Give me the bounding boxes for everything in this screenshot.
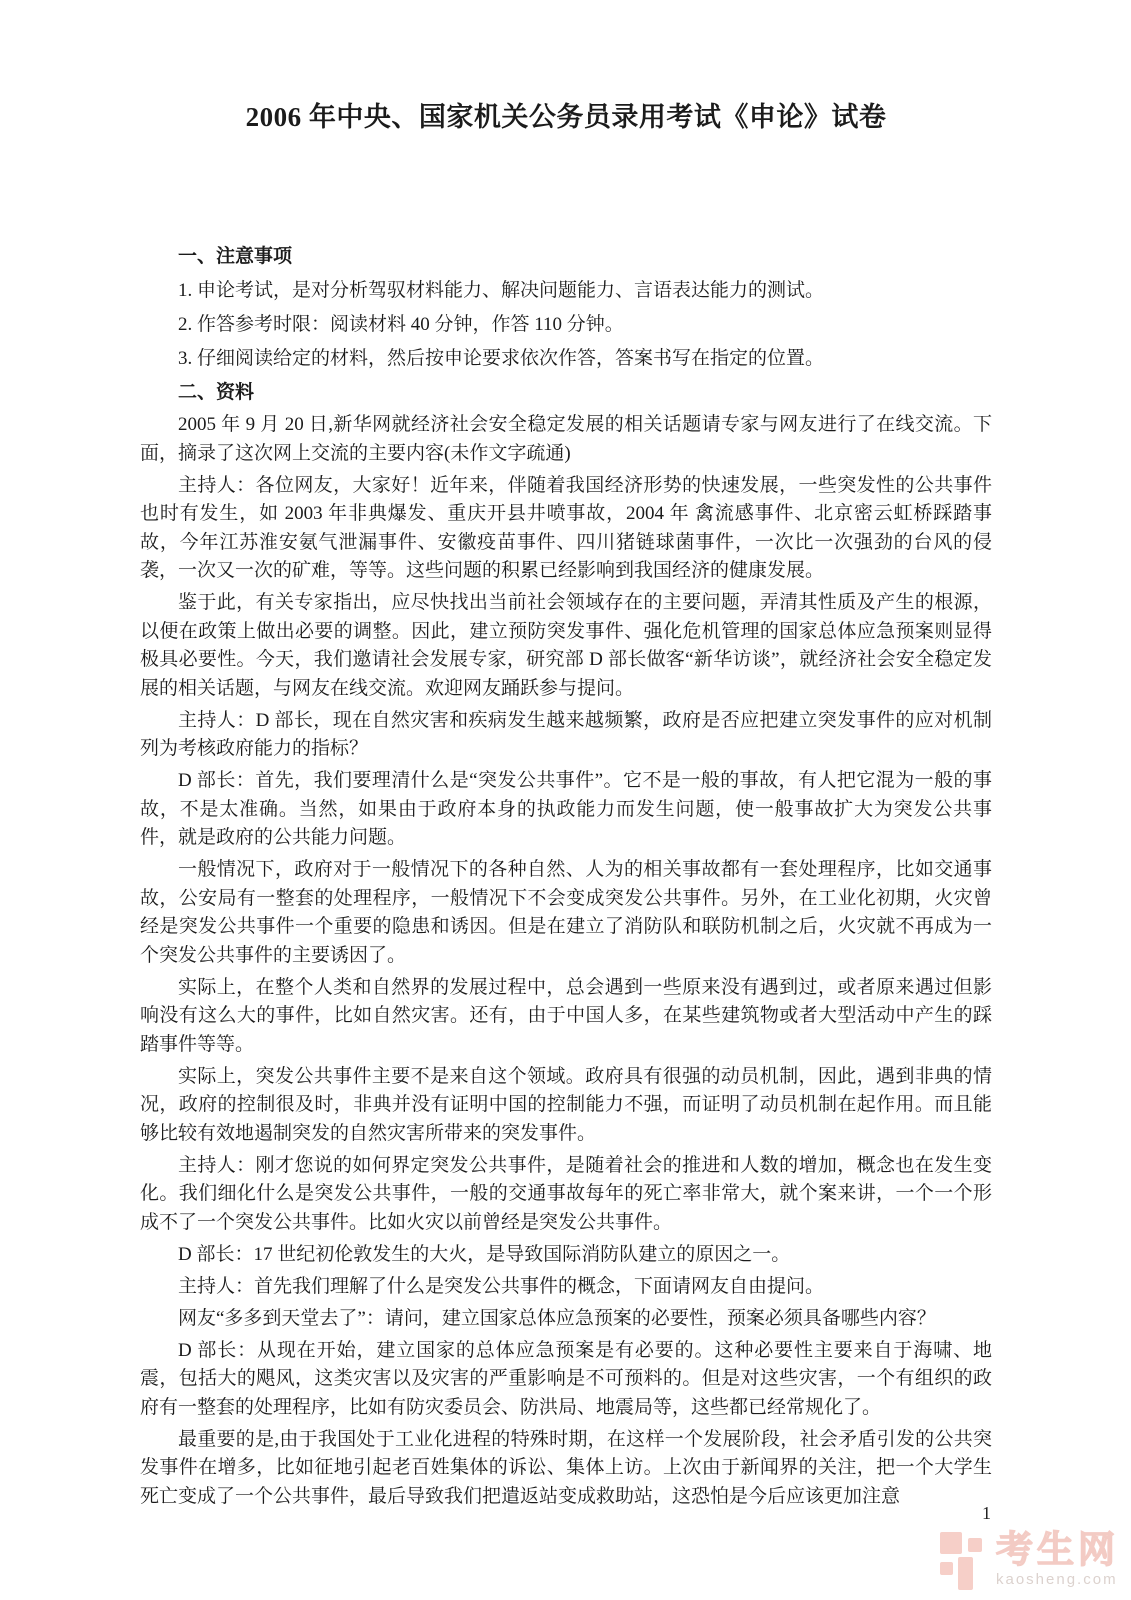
material-paragraph: 一般情况下，政府对于一般情况下的各种自然、人为的相关事故都有一套处理程序，比如交…: [140, 856, 992, 970]
page-number: 1: [982, 1503, 991, 1524]
section-header-notice: 一、注意事项: [140, 242, 992, 271]
watermark-text: 考生网 kaosheng.com: [996, 1532, 1119, 1588]
material-paragraph: 主持人：D 部长，现在自然灾害和疾病发生越来越频繁，政府是否应把建立突发事件的应…: [140, 707, 992, 764]
document-content: 2006 年中央、国家机关公务员录用考试《申论》试卷 一、注意事项 1. 申论考…: [140, 0, 992, 1515]
section-header-material: 二、资料: [140, 378, 992, 407]
material-paragraph: 2005 年 9 月 20 日,新华网就经济社会安全稳定发展的相关话题请专家与网…: [140, 411, 992, 468]
logo-block: [940, 1532, 962, 1554]
material-paragraph: 主持人：刚才您说的如何界定突发公共事件，是随着社会的推进和人数的增加，概念也在发…: [140, 1152, 992, 1238]
material-paragraph: 实际上，突发公共事件主要不是来自这个领域。政府具有很强的动员机制，因此，遇到非典…: [140, 1063, 992, 1149]
material-paragraph: 最重要的是,由于我国处于工业化进程的特殊时期，在这样一个发展阶段，社会矛盾引发的…: [140, 1426, 992, 1512]
site-watermark: 考生网 kaosheng.com: [940, 1532, 1119, 1592]
notice-item: 2. 作答参考时限：阅读材料 40 分钟，作答 110 分钟。: [140, 310, 992, 339]
material-paragraph: 主持人：各位网友，大家好！近年来，伴随着我国经济形势的快速发展，一些突发性的公共…: [140, 472, 992, 586]
material-paragraph: D 部长：首先，我们要理清什么是“突发公共事件”。它不是一般的事故，有人把它混为…: [140, 767, 992, 853]
document-title: 2006 年中央、国家机关公务员录用考试《申论》试卷: [140, 100, 992, 134]
material-paragraph: 主持人：首先我们理解了什么是突发公共事件的概念，下面请网友自由提问。: [140, 1273, 992, 1302]
notice-item: 1. 申论考试，是对分析驾驭材料能力、解决问题能力、言语表达能力的测试。: [140, 276, 992, 305]
logo-block: [958, 1557, 973, 1590]
kaosheng-logo-icon: [940, 1532, 984, 1592]
material-paragraph: 网友“多多到天堂去了”：请问，建立国家总体应急预案的必要性，预案必须具备哪些内容…: [140, 1305, 992, 1334]
document-page: 2006 年中央、国家机关公务员录用考试《申论》试卷 一、注意事项 1. 申论考…: [0, 0, 1131, 1600]
material-paragraph: D 部长：从现在开始，建立国家的总体应急预案是有必要的。这种必要性主要来自于海啸…: [140, 1337, 992, 1423]
watermark-site-domain: kaosheng.com: [996, 1571, 1119, 1588]
watermark-site-name: 考生网: [996, 1532, 1119, 1570]
logo-block: [968, 1538, 982, 1552]
material-paragraph: D 部长：17 世纪初伦敦发生的大火，是导致国际消防队建立的原因之一。: [140, 1241, 992, 1270]
material-paragraph: 鉴于此，有关专家指出，应尽快找出当前社会领域存在的主要问题，弄清其性质及产生的根…: [140, 589, 992, 703]
notice-item: 3. 仔细阅读给定的材料，然后按申论要求依次作答，答案书写在指定的位置。: [140, 344, 992, 373]
material-paragraph: 实际上，在整个人类和自然界的发展过程中，总会遇到一些原来没有遇到过，或者原来遇过…: [140, 974, 992, 1060]
logo-block: [940, 1562, 953, 1575]
